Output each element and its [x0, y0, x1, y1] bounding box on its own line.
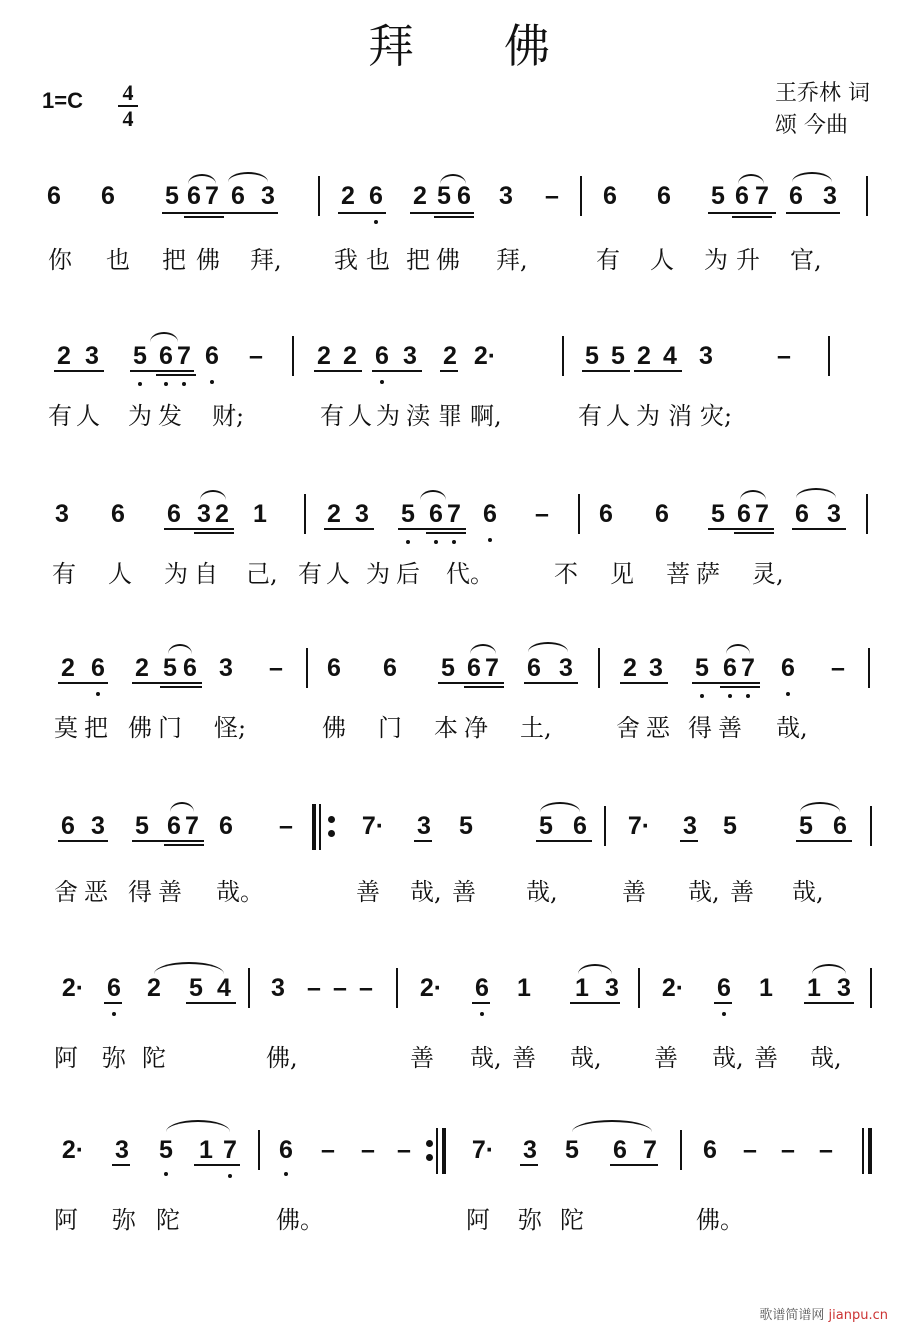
lyric: 佛 — [128, 708, 152, 743]
lyric: 为 — [366, 554, 390, 589]
lyric: 得 — [128, 872, 152, 907]
note: 6 — [156, 342, 176, 371]
lyric: 哉。 — [216, 872, 264, 907]
note: – — [828, 654, 848, 683]
lyric: 哉, — [526, 872, 558, 907]
lyric: 有 — [578, 396, 602, 431]
lyric: 哉, — [470, 1038, 502, 1073]
barline — [304, 494, 306, 534]
note: – — [816, 1136, 836, 1165]
lyric: 消 — [668, 396, 692, 431]
note: 6 — [472, 974, 492, 1003]
note: 5 — [434, 182, 454, 211]
lyric: 弥 — [112, 1200, 136, 1235]
barline — [828, 336, 830, 376]
lyric: 佛 — [436, 240, 460, 275]
note: 2 — [58, 654, 78, 683]
lyric: 罪 — [438, 396, 462, 431]
repeat-dot — [426, 1154, 433, 1161]
note: 3 — [824, 500, 844, 529]
note: – — [774, 342, 794, 371]
lyric: 门 — [378, 708, 402, 743]
note: 2 — [338, 182, 358, 211]
note: – — [778, 1136, 798, 1165]
note: 7 — [444, 500, 464, 529]
note: 7 — [482, 654, 502, 683]
lyric: 有 — [52, 554, 76, 589]
lyric: 陀 — [142, 1038, 166, 1073]
lyric: 升 — [736, 240, 760, 275]
note: 6 — [610, 1136, 630, 1165]
note: 5 — [562, 1136, 582, 1165]
barline — [248, 968, 250, 1008]
lyric: 莫 — [54, 708, 78, 743]
note: 7· — [358, 812, 388, 841]
lyric: 佛, — [266, 1038, 298, 1073]
barline — [258, 1130, 260, 1170]
key-signature: 1=C — [42, 88, 83, 114]
lyric: 有 — [320, 396, 344, 431]
note: 5 — [720, 812, 740, 841]
note: 5 — [130, 342, 150, 371]
note: 6 — [734, 500, 754, 529]
barline — [866, 176, 868, 216]
lyric: 阿 — [54, 1200, 78, 1235]
note: 6 — [480, 500, 500, 529]
time-denominator: 4 — [118, 108, 138, 130]
note: 1 — [572, 974, 592, 1003]
note: 6 — [324, 654, 344, 683]
lyric: 人 — [348, 396, 372, 431]
note: 5 — [708, 182, 728, 211]
barline — [306, 648, 308, 688]
note: 3 — [602, 974, 622, 1003]
note: 4 — [660, 342, 680, 371]
barline — [292, 336, 294, 376]
note: 2 — [634, 342, 654, 371]
lyric: 佛。 — [696, 1200, 744, 1235]
lyric: 有 — [48, 396, 72, 431]
lyric: 得 — [688, 708, 712, 743]
lyric: 善 — [754, 1038, 778, 1073]
lyric: 哉, — [688, 872, 720, 907]
lyric: 有 — [298, 554, 322, 589]
lyric: 哉, — [792, 872, 824, 907]
lyric: 灾; — [700, 396, 732, 431]
lyric: 善 — [622, 872, 646, 907]
note: 3 — [268, 974, 288, 1003]
lyric: 人 — [108, 554, 132, 589]
note: 5 — [438, 654, 458, 683]
watermark-en: jianpu.cn — [829, 1308, 888, 1323]
song-title: 拜佛 — [0, 10, 918, 76]
note: 6 — [714, 974, 734, 1003]
watermark-cn: 歌谱简谱网 — [759, 1308, 824, 1323]
composer: 颂 今曲 — [775, 110, 870, 142]
note: 5 — [132, 812, 152, 841]
lyric: 代。 — [446, 554, 494, 589]
note: 3 — [496, 182, 516, 211]
note: 3 — [556, 654, 576, 683]
note: 7· — [624, 812, 654, 841]
note: 7 — [752, 182, 772, 211]
note: 7 — [220, 1136, 240, 1165]
lyric: 净 — [464, 708, 488, 743]
note: 3 — [52, 500, 72, 529]
repeat-start-barline — [312, 804, 316, 850]
note: 5 — [398, 500, 418, 529]
note: – — [266, 654, 286, 683]
note: 7 — [738, 654, 758, 683]
note: 5 — [582, 342, 602, 371]
barline — [604, 806, 606, 846]
note: 2· — [58, 974, 88, 1003]
lyric: 佛。 — [276, 1200, 324, 1235]
lyric: 有 — [596, 240, 620, 275]
note: 3 — [112, 1136, 132, 1165]
lyric: 善 — [512, 1038, 536, 1073]
note: 2 — [144, 974, 164, 1003]
repeat-dot — [426, 1140, 433, 1147]
note: 3 — [820, 182, 840, 211]
barline — [680, 1130, 682, 1170]
lyric: 把 — [162, 240, 186, 275]
note: 6 — [104, 974, 124, 1003]
note: 6 — [524, 654, 544, 683]
note: 1 — [514, 974, 534, 1003]
lyric: 阿 — [466, 1200, 490, 1235]
note: 7 — [752, 500, 772, 529]
lyric: 善 — [452, 872, 476, 907]
lyric: 佛 — [196, 240, 220, 275]
lyric: 把 — [406, 240, 430, 275]
note: 5 — [456, 812, 476, 841]
note: 3 — [834, 974, 854, 1003]
lyric: 为 — [376, 396, 400, 431]
note: 6 — [372, 342, 392, 371]
note: 6 — [426, 500, 446, 529]
note: 6 — [652, 500, 672, 529]
lyric: 官, — [790, 240, 822, 275]
note: 3 — [680, 812, 700, 841]
note: 1 — [196, 1136, 216, 1165]
lyric: 善 — [356, 872, 380, 907]
note: 6 — [570, 812, 590, 841]
lyric: 哉, — [570, 1038, 602, 1073]
lyric: 把 — [84, 708, 108, 743]
note: 7 — [202, 182, 222, 211]
note: 3 — [520, 1136, 540, 1165]
lyric: 善 — [158, 872, 182, 907]
note: 2 — [620, 654, 640, 683]
note: – — [542, 182, 562, 211]
lyric: 发 — [158, 396, 182, 431]
lyric: 为 — [704, 240, 728, 275]
note: 5 — [186, 974, 206, 1003]
note: 6 — [180, 654, 200, 683]
lyric: 也 — [106, 240, 130, 275]
note: 3 — [88, 812, 108, 841]
lyric: 土, — [520, 708, 552, 743]
note: 6 — [58, 812, 78, 841]
note: 7 — [174, 342, 194, 371]
note: 5 — [708, 500, 728, 529]
note: 3 — [258, 182, 278, 211]
barline — [580, 176, 582, 216]
final-barline — [862, 1128, 864, 1174]
note: – — [358, 1136, 378, 1165]
note: 2· — [416, 974, 446, 1003]
note: 6 — [830, 812, 850, 841]
lyric: 恶 — [646, 708, 670, 743]
note: 6 — [720, 654, 740, 683]
barline — [870, 806, 872, 846]
note: – — [276, 812, 296, 841]
barline — [870, 968, 872, 1008]
note: 6 — [164, 812, 184, 841]
note: – — [304, 974, 324, 1003]
note: 6 — [88, 654, 108, 683]
note: – — [394, 1136, 414, 1165]
note: 6 — [164, 500, 184, 529]
note: 6 — [454, 182, 474, 211]
note: 6 — [216, 812, 236, 841]
note: 3 — [400, 342, 420, 371]
lyric: 人 — [606, 396, 630, 431]
lyric: 哉, — [776, 708, 808, 743]
note: 3 — [194, 500, 214, 529]
lyric: 人 — [326, 554, 350, 589]
lyric: 见 — [610, 554, 634, 589]
lyric: 哉, — [810, 1038, 842, 1073]
time-numerator: 4 — [118, 82, 138, 104]
note: 2 — [340, 342, 360, 371]
lyric: 财; — [212, 396, 244, 431]
lyric: 舍 — [616, 708, 640, 743]
barline — [598, 648, 600, 688]
repeat-end-barline — [436, 1128, 438, 1174]
lyric: 阿 — [54, 1038, 78, 1073]
barline — [318, 176, 320, 216]
lyricist: 王乔林 词 — [775, 78, 870, 110]
lyric: 为 — [164, 554, 188, 589]
note: 2 — [54, 342, 74, 371]
note: 6 — [202, 342, 222, 371]
note: 5 — [608, 342, 628, 371]
note: 6 — [184, 182, 204, 211]
note: 1 — [804, 974, 824, 1003]
note: 6 — [464, 654, 484, 683]
note: 5 — [796, 812, 816, 841]
note: 6 — [732, 182, 752, 211]
note: 7 — [182, 812, 202, 841]
note: 5 — [156, 1136, 176, 1165]
note: 3 — [216, 654, 236, 683]
lyric: 陀 — [156, 1200, 180, 1235]
note: 6 — [786, 182, 806, 211]
lyric: 也 — [366, 240, 390, 275]
note: 6 — [276, 1136, 296, 1165]
note: 5 — [692, 654, 712, 683]
lyric: 善 — [718, 708, 742, 743]
note: 2 — [132, 654, 152, 683]
lyric: 佛 — [322, 708, 346, 743]
barline — [578, 494, 580, 534]
lyric: 恶 — [84, 872, 108, 907]
lyric: 菩 — [666, 554, 690, 589]
lyric: 拜, — [496, 240, 528, 275]
lyric: 弥 — [102, 1038, 126, 1073]
note: – — [532, 500, 552, 529]
lyric: 灵, — [752, 554, 784, 589]
lyric: 善 — [654, 1038, 678, 1073]
note: 6 — [600, 182, 620, 211]
lyric: 萨 — [696, 554, 720, 589]
repeat-dot — [328, 816, 335, 823]
lyric: 你 — [48, 240, 72, 275]
time-signature: 4 4 — [118, 82, 138, 130]
note: 3 — [414, 812, 434, 841]
lyric: 本 — [434, 708, 458, 743]
lyric: 舍 — [54, 872, 78, 907]
lyric: 拜, — [250, 240, 282, 275]
lyric: 怪; — [214, 708, 246, 743]
note: 2· — [658, 974, 688, 1003]
lyric: 善 — [730, 872, 754, 907]
note: 2· — [58, 1136, 88, 1165]
note: 6 — [366, 182, 386, 211]
note: 7· — [468, 1136, 498, 1165]
lyric: 人 — [76, 396, 100, 431]
note: 5 — [536, 812, 556, 841]
note: 6 — [792, 500, 812, 529]
note: 2 — [314, 342, 334, 371]
note: 5 — [160, 654, 180, 683]
lyric: 我 — [334, 240, 358, 275]
lyric: 人 — [650, 240, 674, 275]
note: 3 — [352, 500, 372, 529]
note: 6 — [596, 500, 616, 529]
lyric: 为 — [636, 396, 660, 431]
lyric: 哉, — [410, 872, 442, 907]
note: 6 — [654, 182, 674, 211]
note: 2 — [324, 500, 344, 529]
note: 6 — [228, 182, 248, 211]
repeat-dot — [328, 830, 335, 837]
lyric: 渎 — [406, 396, 430, 431]
lyric: 陀 — [560, 1200, 584, 1235]
note: – — [318, 1136, 338, 1165]
lyric: 后 — [396, 554, 420, 589]
note: – — [330, 974, 350, 1003]
note: – — [740, 1136, 760, 1165]
lyric: 门 — [158, 708, 182, 743]
key-label: 1=C — [42, 88, 83, 113]
note: 6 — [700, 1136, 720, 1165]
barline — [562, 336, 564, 376]
note: 2 — [440, 342, 460, 371]
lyric: 自 — [194, 554, 218, 589]
note: 5 — [162, 182, 182, 211]
note: 2 — [410, 182, 430, 211]
lyric: 弥 — [518, 1200, 542, 1235]
note: 3 — [646, 654, 666, 683]
lyric: 善 — [410, 1038, 434, 1073]
note: 3 — [82, 342, 102, 371]
note: 6 — [778, 654, 798, 683]
note: 2· — [470, 342, 500, 371]
note: 1 — [756, 974, 776, 1003]
lyric: 不 — [554, 554, 578, 589]
lyric: 哉, — [712, 1038, 744, 1073]
note: – — [356, 974, 376, 1003]
note: 6 — [108, 500, 128, 529]
note: – — [246, 342, 266, 371]
note: 6 — [44, 182, 64, 211]
barline — [396, 968, 398, 1008]
barline — [638, 968, 640, 1008]
barline — [866, 494, 868, 534]
lyric: 啊, — [470, 396, 502, 431]
note: 6 — [380, 654, 400, 683]
barline — [868, 648, 870, 688]
lyric: 为 — [128, 396, 152, 431]
note: 6 — [98, 182, 118, 211]
note: 3 — [696, 342, 716, 371]
note: 4 — [214, 974, 234, 1003]
note: 7 — [640, 1136, 660, 1165]
note: 1 — [250, 500, 270, 529]
credits: 王乔林 词 颂 今曲 — [775, 78, 870, 142]
lyric: 己, — [246, 554, 278, 589]
note: 2 — [212, 500, 232, 529]
watermark: 歌谱简谱网 jianpu.cn — [759, 1304, 888, 1323]
